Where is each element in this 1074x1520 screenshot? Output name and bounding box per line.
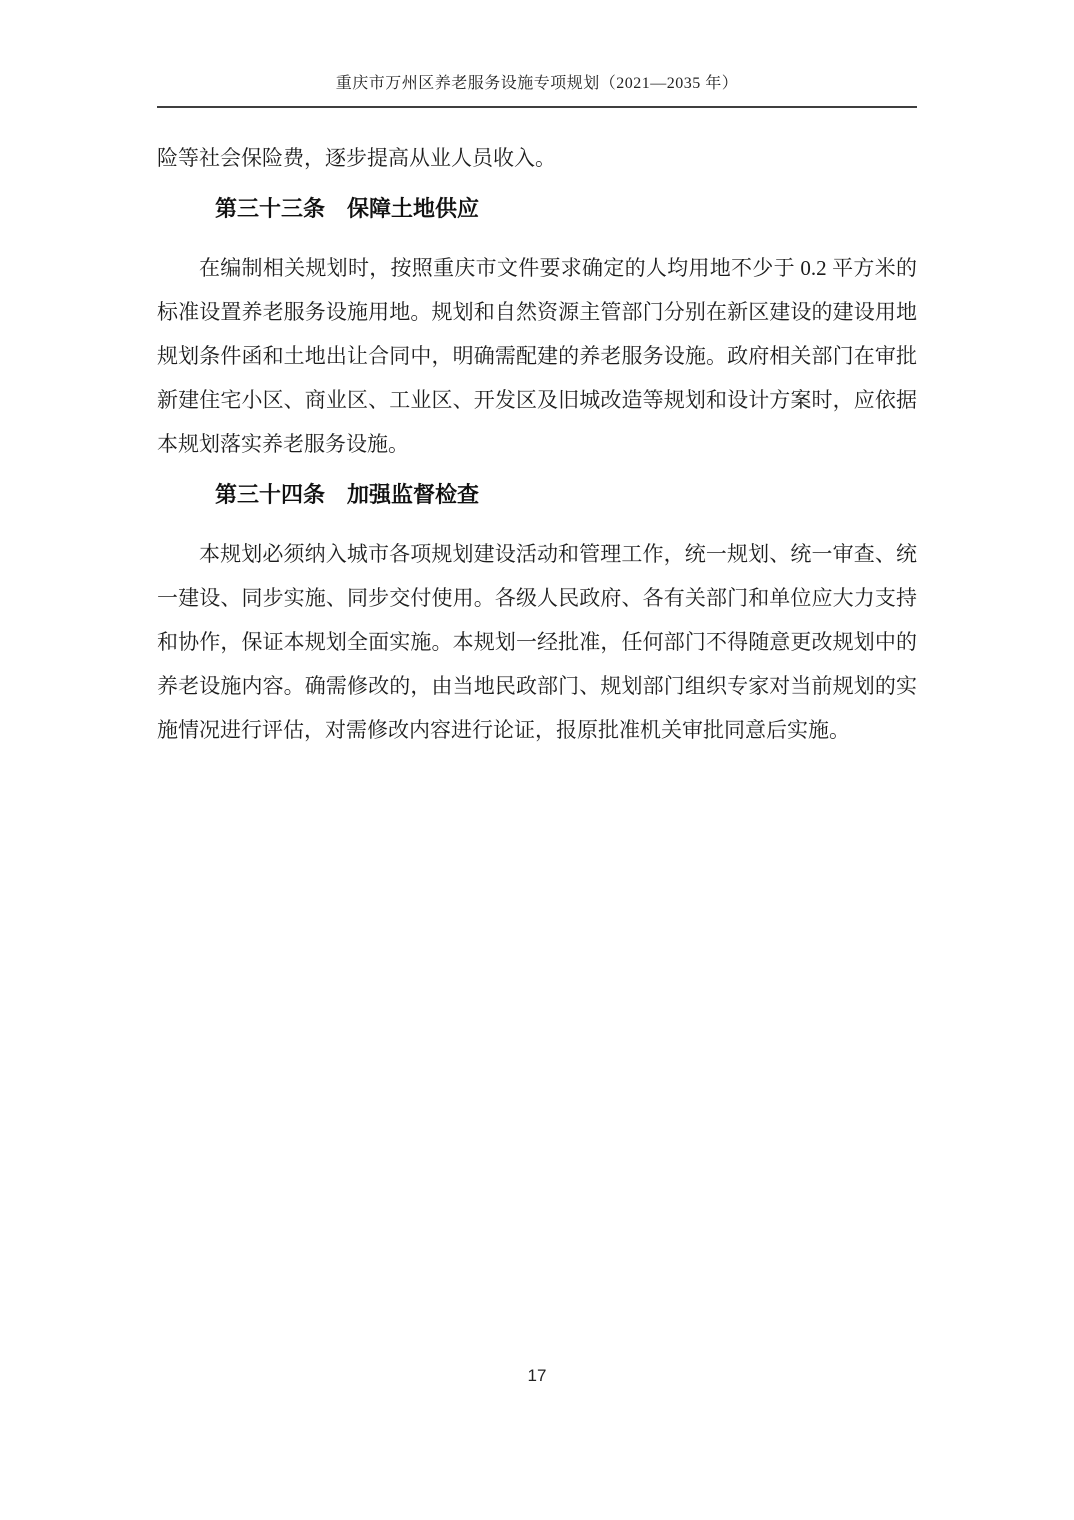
running-header-title: 重庆市万州区养老服务设施专项规划（2021—2035 年）	[157, 0, 917, 93]
article-33-paragraph: 在编制相关规划时，按照重庆市文件要求确定的人均用地不少于 0.2 平方米的标准设…	[157, 246, 917, 466]
document-page: 重庆市万州区养老服务设施专项规划（2021—2035 年） 险等社会保险费，逐步…	[0, 0, 1074, 1520]
page-content: 险等社会保险费，逐步提高从业人员收入。 第三十三条 保障土地供应 在编制相关规划…	[157, 108, 917, 752]
page-header: 重庆市万州区养老服务设施专项规划（2021—2035 年）	[157, 0, 917, 108]
paragraph-continuation: 险等社会保险费，逐步提高从业人员收入。	[157, 136, 917, 180]
article-34-paragraph: 本规划必须纳入城市各项规划建设活动和管理工作，统一规划、统一审查、统一建设、同步…	[157, 532, 917, 752]
article-33-heading: 第三十三条 保障土地供应	[157, 187, 917, 231]
article-34-heading: 第三十四条 加强监督检查	[157, 473, 917, 517]
page-number: 17	[528, 1366, 547, 1385]
page-footer: 17	[0, 1366, 1074, 1386]
